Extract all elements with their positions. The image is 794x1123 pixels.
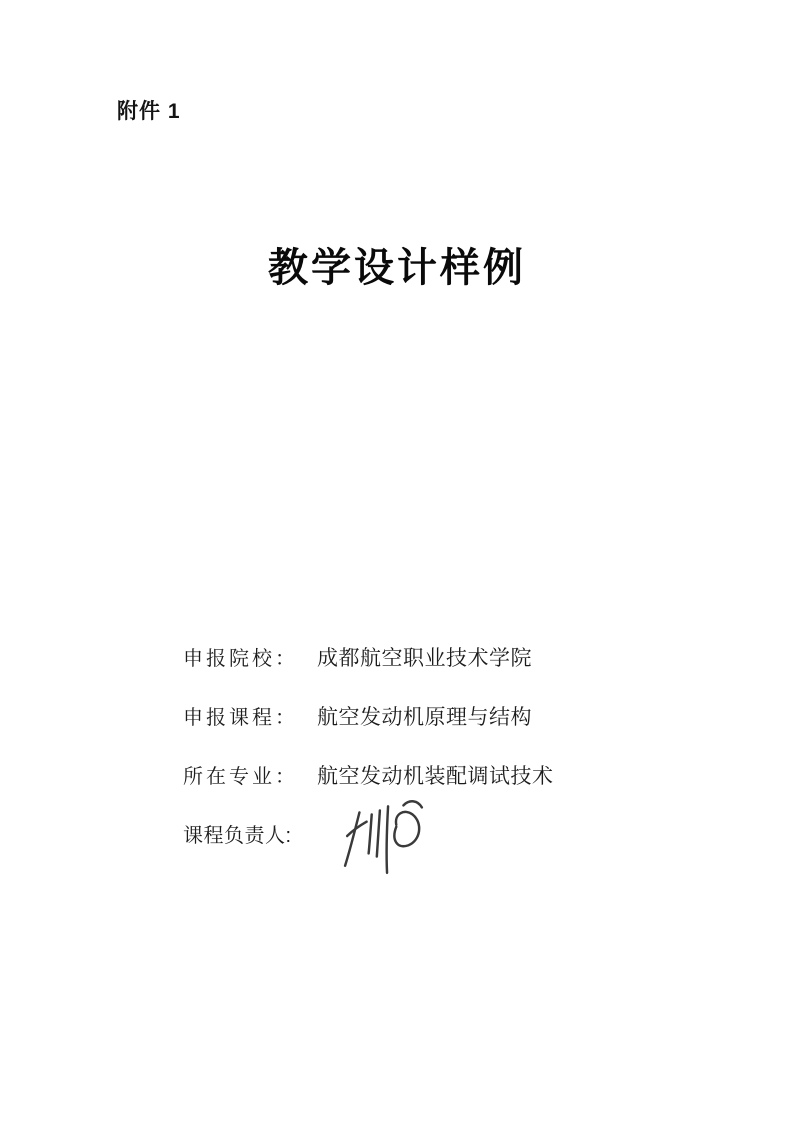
handwritten-signature-icon	[341, 793, 429, 877]
school-field-label: 申报院校：	[183, 642, 317, 671]
course-field-label: 申报课程：	[183, 701, 317, 730]
form-row-course: 申报课程： 航空发动机原理与结构	[183, 701, 554, 727]
form-row-school: 申报院校： 成都航空职业技术学院	[183, 642, 554, 668]
application-form: 申报院校： 成都航空职业技术学院 申报课程： 航空发动机原理与结构 所在专业： …	[183, 642, 554, 878]
major-field-value: 航空发动机装配调试技术	[317, 760, 554, 790]
document-page: 附件 1 教学设计样例 申报院校： 成都航空职业技术学院 申报课程： 航空发动机…	[0, 0, 794, 1123]
form-row-leader: 课程负责人:	[183, 819, 554, 845]
document-title: 教学设计样例	[0, 246, 794, 290]
leader-field-label: 课程负责人:	[183, 819, 317, 848]
school-field-value: 成都航空职业技术学院	[317, 642, 532, 672]
form-row-major: 所在专业： 航空发动机装配调试技术	[183, 760, 554, 786]
major-field-label: 所在专业：	[183, 760, 317, 789]
attachment-label: 附件 1	[117, 99, 181, 124]
course-field-value: 航空发动机原理与结构	[317, 701, 532, 731]
